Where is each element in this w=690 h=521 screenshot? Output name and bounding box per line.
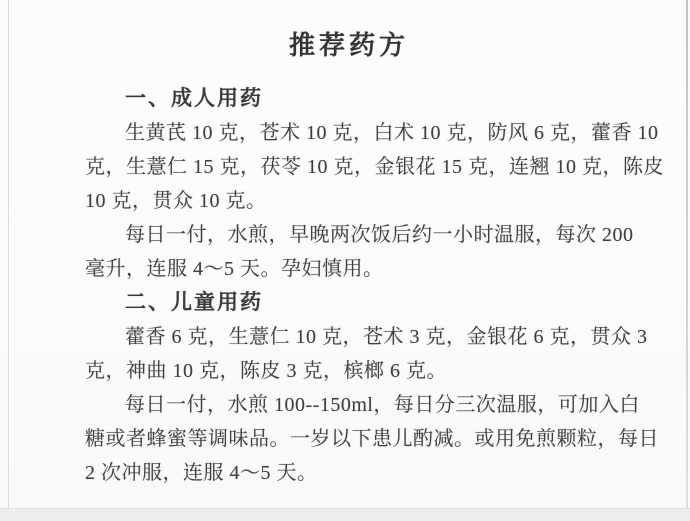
adult-ingredients-line-2: 克，生薏仁 15 克，茯苓 10 克，金银花 15 克，连翘 10 克，陈皮 xyxy=(85,150,613,184)
adult-ingredients-line-3: 10 克，贯众 10 克。 xyxy=(85,184,613,218)
page-right-edge xyxy=(686,0,688,521)
children-ingredients-line-1: 藿香 6 克，生薏仁 10 克，苍术 3 克，金银花 6 克，贯众 3 xyxy=(85,320,613,354)
adult-ingredients-line-1: 生黄芪 10 克，苍术 10 克，白术 10 克，防风 6 克，藿香 10 xyxy=(85,116,613,150)
children-usage-line-2: 糖或者蜂蜜等调味品。一岁以下患儿酌减。或用免煎颗粒，每日 xyxy=(85,422,613,456)
document-title: 推荐药方 xyxy=(85,28,613,64)
adult-usage-line-1: 每日一付，水煎，早晚两次饭后约一小时温服，每次 200 xyxy=(85,218,613,252)
children-ingredients-line-2: 克，神曲 10 克，陈皮 3 克，槟榔 6 克。 xyxy=(85,354,613,388)
prescription-document: 推荐药方 一、成人用药 生黄芪 10 克，苍术 10 克，白术 10 克，防风 … xyxy=(85,28,613,490)
children-usage-line-3: 2 次冲服，连服 4～5 天。 xyxy=(85,456,613,490)
section-heading-adult: 一、成人用药 xyxy=(85,82,613,116)
children-usage-line-1: 每日一付，水煎 100--150ml，每日分三次温服，可加入白 xyxy=(85,388,613,422)
document-page: 推荐药方 一、成人用药 生黄芪 10 克，苍术 10 克，白术 10 克，防风 … xyxy=(0,0,690,521)
section-heading-children: 二、儿童用药 xyxy=(85,286,613,320)
page-left-edge xyxy=(8,0,9,521)
page-bottom-edge xyxy=(0,508,690,521)
adult-usage-line-2: 毫升，连服 4～5 天。孕妇慎用。 xyxy=(85,252,613,286)
